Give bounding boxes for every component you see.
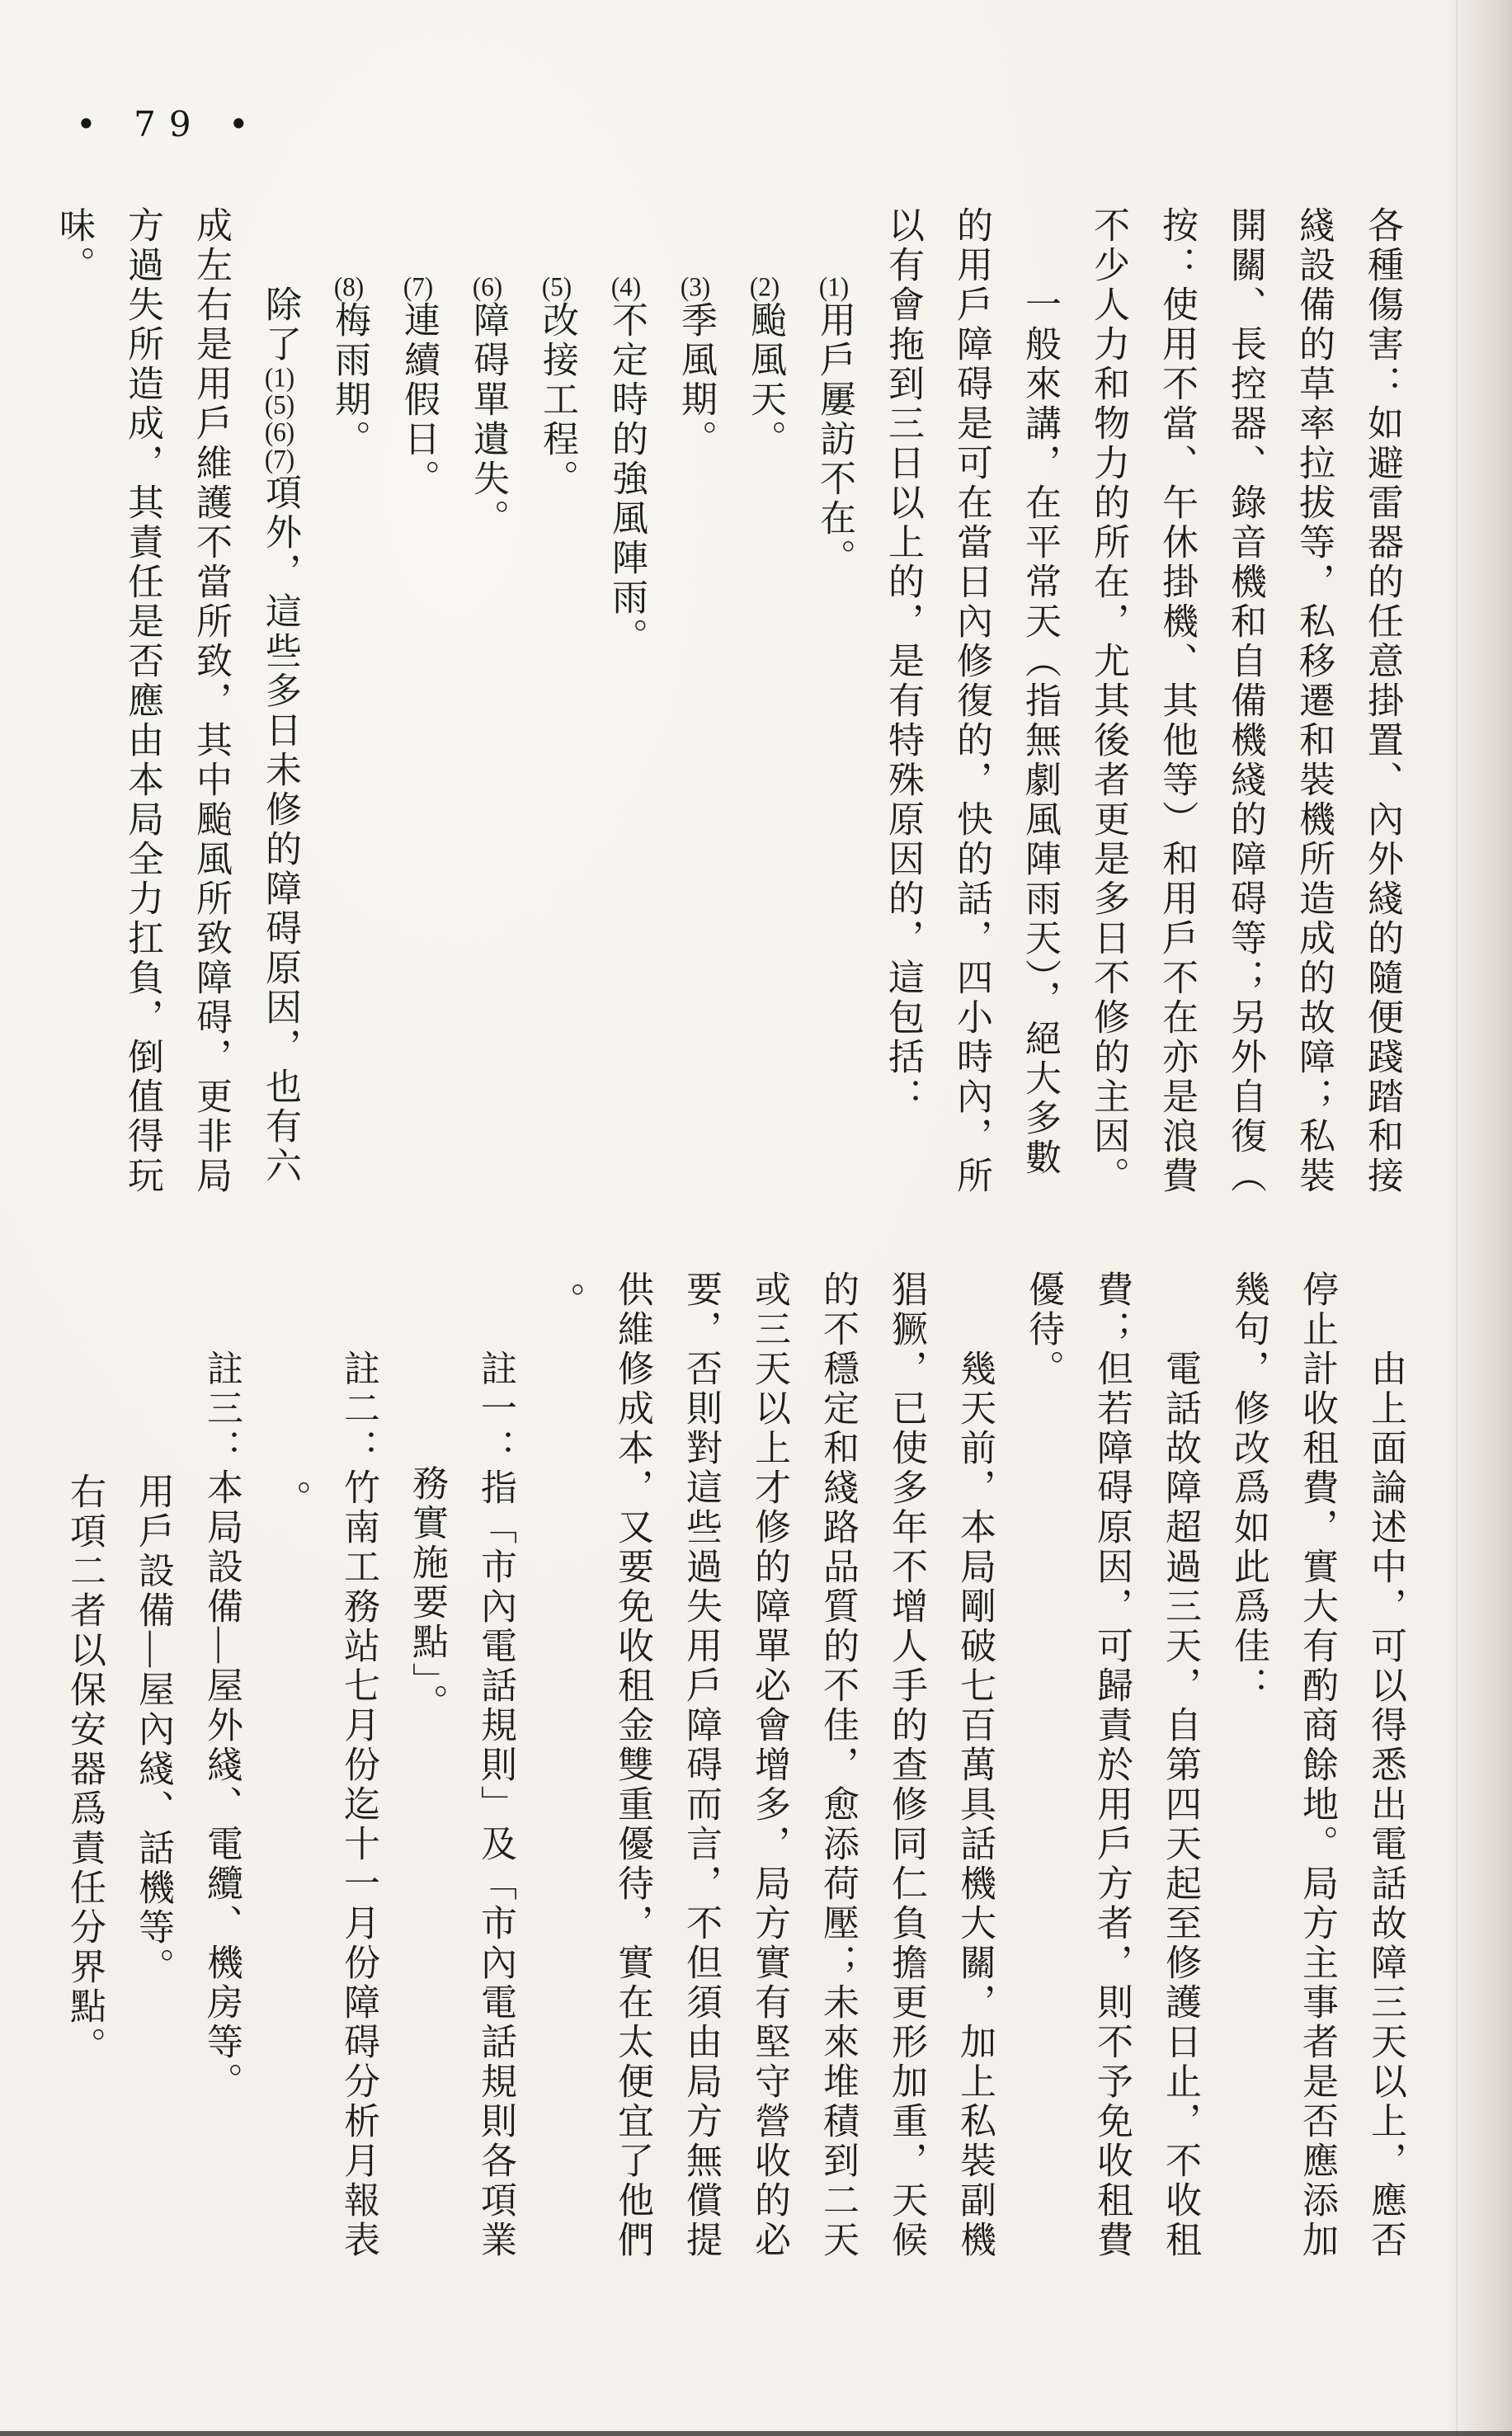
text-column-2: 綫設備的草率拉拔等，私移遷和裝機所造成的故障；私裝 (1279, 206, 1348, 1254)
scanned-document-page: • 79 • 各種傷害：如避雷器的任意掛置、內外綫的隨便踐踏和接綫設備的草率拉拔… (0, 0, 1512, 2436)
text-column-6: 優待。 (1009, 1270, 1077, 2318)
bottom-text-block: 由上面論述中，可以得悉出電話故障三天以上，應否停止計收租費，實大有酌商餘地。局方… (50, 1270, 1420, 2318)
text-column-12: (4)不定時的強風陣雨。 (591, 206, 661, 1254)
list-item-number: (6) (473, 274, 502, 301)
list-item-number: (4) (611, 274, 641, 301)
text-column-3: 幾句，修改爲如此爲佳： (1214, 1270, 1283, 2318)
text-column-6: 一般來講，在平常天（指無劇風陣雨天），絕大多數 (1006, 206, 1074, 1254)
text-column-13: (5)改接工程。 (522, 206, 591, 1254)
text-column-19: 方過失所造成，其責任是否應由本局全力扛負，倒值得玩 (108, 206, 177, 1254)
text-column-1: 由上面論述中，可以得悉出電話故障三天以上，應否 (1351, 1270, 1420, 2318)
list-item-number: (1) (265, 365, 294, 392)
page-edge-shadow (1448, 0, 1512, 2436)
page-edge-crease (1456, 0, 1458, 2436)
text-column-4: 電話故障超過三天，自第四天起至修護日止，不收租 (1146, 1270, 1214, 2318)
text-column-4: 按：使用不當、午休掛機、其他等）和用戶不在亦是浪費 (1142, 206, 1211, 1254)
scan-bottom-edge (0, 2431, 1512, 2436)
text-column-15: (7)連續假日。 (384, 206, 453, 1254)
text-column-11: (3)季風期。 (661, 206, 730, 1254)
text-column-1: 各種傷害：如避雷器的任意掛置、內外綫的隨便踐踏和接 (1348, 206, 1416, 1254)
text-column-15: 務實施要點」。 (393, 1270, 461, 2318)
text-column-7: 的用戶障碍是可在當日內修復的，快的話，四小時內，所 (937, 206, 1006, 1254)
text-column-10: (2)颱風天。 (730, 206, 799, 1254)
text-column-18: 成左右是用戶維護不當所致，其中颱風所致障碍，更非局 (177, 206, 245, 1254)
text-column-8: 以有會拖到三日以上的，是有特殊原因的，這包括： (869, 206, 937, 1254)
text-column-11: 要，否則對這些過失用戶障碍而言，不但須由局方無償提 (667, 1270, 735, 2318)
text-column-20: 右項二者以保安器爲責任分界點。 (50, 1270, 119, 2318)
text-column-16: 註二：竹南工務站七月份迄十一月份障碍分析月報表 (324, 1270, 393, 2318)
text-column-10: 或三天以上才修的障單必會增多，局方實有堅守營收的必 (735, 1270, 803, 2318)
text-column-3: 開關、長控器、錄音機和自備機綫的障碍等；另外自復（ (1211, 206, 1279, 1254)
page-number: • 79 • (76, 104, 262, 144)
list-item-number: (7) (403, 274, 433, 301)
text-column-19: 用戶設備—屋內綫、話機等。 (119, 1270, 187, 2318)
text-column-9: 的不穩定和綫路品質的不佳，愈添荷壓；未來堆積到二天 (803, 1270, 872, 2318)
text-column-16: (8)梅雨期。 (314, 206, 384, 1254)
text-column-17: 。 (256, 1270, 324, 2318)
text-column-14: (6)障碍單遺失。 (453, 206, 522, 1254)
list-item-number: (1) (819, 274, 849, 301)
top-text-block: 各種傷害：如避雷器的任意掛置、內外綫的隨便踐踏和接綫設備的草率拉拔等，私移遷和裝… (40, 206, 1416, 1254)
text-column-12: 供維修成本，又要免收租金雙重優待，實在太便宜了他們 (598, 1270, 667, 2318)
text-column-20: 味。 (40, 206, 108, 1254)
list-item-number: (6) (265, 419, 294, 446)
text-column-13: 。 (530, 1270, 598, 2318)
list-item-number: (2) (750, 274, 780, 301)
list-item-number: (7) (265, 446, 294, 474)
text-column-5: 不少人力和物力的所在，尤其後者更是多日不修的主因。 (1074, 206, 1142, 1254)
text-column-14: 註一：指「市內電話規則」及「市內電話規則各項業 (461, 1270, 530, 2318)
list-item-number: (5) (265, 392, 294, 419)
text-column-9: (1)用戶屢訪不在。 (799, 206, 869, 1254)
text-column-2: 停止計收租費，實大有酌商餘地。局方主事者是否應添加 (1283, 1270, 1351, 2318)
list-item-number: (8) (334, 274, 364, 301)
text-column-18: 註三：本局設備—屋外綫、電纜、機房等。 (187, 1270, 256, 2318)
list-item-number: (5) (542, 274, 572, 301)
text-column-5: 費；但若障碍原因，可歸責於用戶方者，則不予免收租費 (1077, 1270, 1146, 2318)
text-column-8: 猖獗，已使多年不增人手的查修同仁負擔更形加重，天候 (872, 1270, 940, 2318)
text-column-7: 幾天前，本局剛破七百萬具話機大關，加上私裝副機 (940, 1270, 1009, 2318)
list-item-number: (3) (681, 274, 710, 301)
text-column-17: 除了(1)(5)(6)(7)項外，這些多日未修的障碍原因，也有六 (245, 206, 314, 1254)
